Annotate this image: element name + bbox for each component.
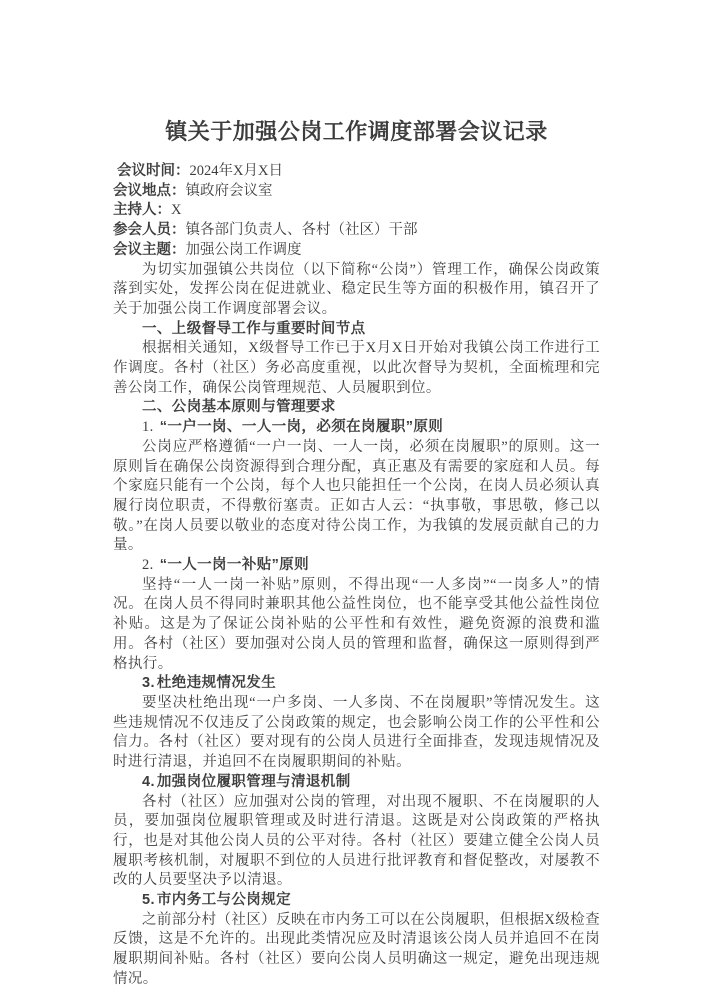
subsection-title-1: “一户一岗、一人一岗，必须在岗履职”原则 xyxy=(160,419,444,435)
meta-line-time: 会议时间：2024年X月X日 xyxy=(113,162,600,182)
subsection-4-paragraph: 各村（社区）应加强对公岗的管理，对出现不履职、不在岗履职的人员，要加强岗位履职管… xyxy=(113,793,600,892)
meta-value-place: 镇政府会议室 xyxy=(186,183,273,199)
meta-label-place: 会议地点： xyxy=(113,183,186,199)
subsection-1-paragraph: 公岗应严格遵循“一户一岗、一人一岗，必须在岗履职”的原则。这一原则旨在确保公岗资… xyxy=(113,438,600,556)
section-heading-1: 一、上级督导工作与重要时间节点 xyxy=(113,320,600,340)
subsection-number-3: 3. xyxy=(142,675,155,691)
meta-value-attendees: 镇各部门负责人、各村（社区）干部 xyxy=(186,222,418,238)
meta-label-topic: 会议主题： xyxy=(113,242,186,258)
subsection-number-4: 4. xyxy=(142,774,155,790)
meta-line-topic: 会议主题：加强公岗工作调度 xyxy=(113,241,600,261)
subsection-heading-1: 1.“一户一岗、一人一岗，必须在岗履职”原则 xyxy=(113,418,600,438)
section-1-paragraph: 根据相关通知，X级督导工作已于X月X日开始对我镇公岗工作进行工作调度。各村（社区… xyxy=(113,339,600,398)
meta-label-attendees: 参会人员： xyxy=(113,222,186,238)
section-heading-2: 二、公岗基本原则与管理要求 xyxy=(113,398,600,418)
subsection-number-2: 2. xyxy=(142,557,154,573)
subsection-number-1: 1. xyxy=(142,419,154,435)
meta-label-time: 会议时间： xyxy=(113,163,190,179)
subsection-2-paragraph: 坚持“一人一岗一补贴”原则，不得出现“一人多岗”“一岗多人”的情况。在岗人员不得… xyxy=(113,576,600,675)
subsection-title-2: “一人一岗一补贴”原则 xyxy=(160,557,309,573)
meta-block: 会议时间：2024年X月X日 会议地点：镇政府会议室 主持人：X 参会人员：镇各… xyxy=(113,162,600,261)
meta-value-time: 2024年X月X日 xyxy=(190,163,283,179)
subsection-title-3: 杜绝违规情况发生 xyxy=(157,675,276,691)
document-title: 镇关于加强公岗工作调度部署会议记录 xyxy=(113,117,600,147)
subsection-heading-5: 5.市内务工与公岗规定 xyxy=(113,891,600,911)
subsection-3-paragraph: 要坚决杜绝出现“一户多岗、一人多岗、不在岗履职”等情况发生。这些违规情况不仅违反… xyxy=(113,694,600,773)
meta-line-attendees: 参会人员：镇各部门负责人、各村（社区）干部 xyxy=(113,221,600,241)
subsection-title-5: 市内务工与公岗规定 xyxy=(157,892,291,908)
document-page: 镇关于加强公岗工作调度部署会议记录 会议时间：2024年X月X日 会议地点：镇政… xyxy=(0,0,711,1006)
meta-line-host: 主持人：X xyxy=(113,201,600,221)
subsection-heading-2: 2.“一人一岗一补贴”原则 xyxy=(113,556,600,576)
meta-value-topic: 加强公岗工作调度 xyxy=(186,242,302,258)
meta-line-place: 会议地点：镇政府会议室 xyxy=(113,182,600,202)
document-content: 镇关于加强公岗工作调度部署会议记录 会议时间：2024年X月X日 会议地点：镇政… xyxy=(113,117,600,990)
subsection-5-paragraph: 之前部分村（社区）反映在市内务工可以在公岗履职，但根据X级检查反馈，这是不允许的… xyxy=(113,911,600,990)
subsection-heading-4: 4.加强岗位履职管理与清退机制 xyxy=(113,773,600,793)
meta-value-host: X xyxy=(171,202,181,218)
subsection-heading-3: 3.杜绝违规情况发生 xyxy=(113,674,600,694)
subsection-title-4: 加强岗位履职管理与清退机制 xyxy=(157,774,351,790)
meta-label-host: 主持人： xyxy=(113,202,171,218)
intro-paragraph: 为切实加强镇公共岗位（以下简称“公岗”）管理工作，确保公岗政策落到实处，发挥公岗… xyxy=(113,261,600,320)
subsection-number-5: 5. xyxy=(142,892,155,908)
